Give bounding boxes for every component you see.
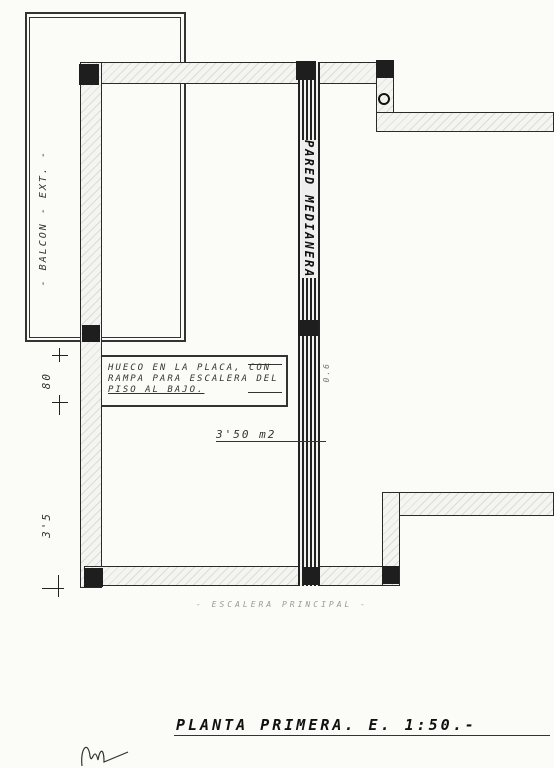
opening-note-line-2: RAMPA PARA ESCALERA DEL	[102, 373, 286, 384]
signature-icon	[78, 738, 138, 768]
opening-note-line-3: PISO AL BAJO.	[102, 384, 286, 395]
party-wall-label: PARED MEDIANERA	[302, 140, 316, 278]
dimension-tick	[52, 355, 68, 356]
main-stair-label: - ESCALERA PRINCIPAL -	[196, 600, 368, 609]
column	[302, 567, 320, 585]
dimension-tick	[58, 575, 59, 597]
stair-opening: HUECO EN LA PLACA, CON RAMPA PARA ESCALE…	[102, 355, 288, 407]
title-underline	[174, 735, 550, 736]
right-upper-return-wall	[376, 112, 554, 132]
dimension-bottom-label: 3'5	[40, 512, 53, 538]
balcony-label: - BALCON - EXT. -	[38, 150, 49, 286]
area-label: 3'50 m2	[216, 428, 326, 442]
column	[298, 320, 318, 336]
dimension-top-label: 80	[40, 372, 53, 389]
dimension-tick	[59, 348, 60, 362]
dimension-tick	[42, 588, 64, 589]
opening-note-line-1: HUECO EN LA PLACA, CON	[102, 357, 286, 373]
column	[82, 325, 100, 342]
column	[79, 64, 99, 85]
side-dimension-small: 0.6	[322, 362, 331, 382]
arrow-icon	[248, 392, 282, 393]
top-wall	[80, 62, 394, 84]
right-lower-wall	[382, 492, 554, 516]
column	[296, 61, 316, 80]
dimension-tick	[52, 402, 68, 403]
drawing-title: PLANTA PRIMERA. E. 1:50.-	[176, 716, 477, 734]
column	[84, 568, 103, 587]
dimension-tick	[59, 395, 60, 415]
bottom-wall	[84, 566, 400, 586]
arrow-icon	[248, 364, 282, 365]
column	[376, 60, 394, 78]
column	[382, 566, 399, 584]
pipe-circle-icon	[378, 93, 390, 105]
